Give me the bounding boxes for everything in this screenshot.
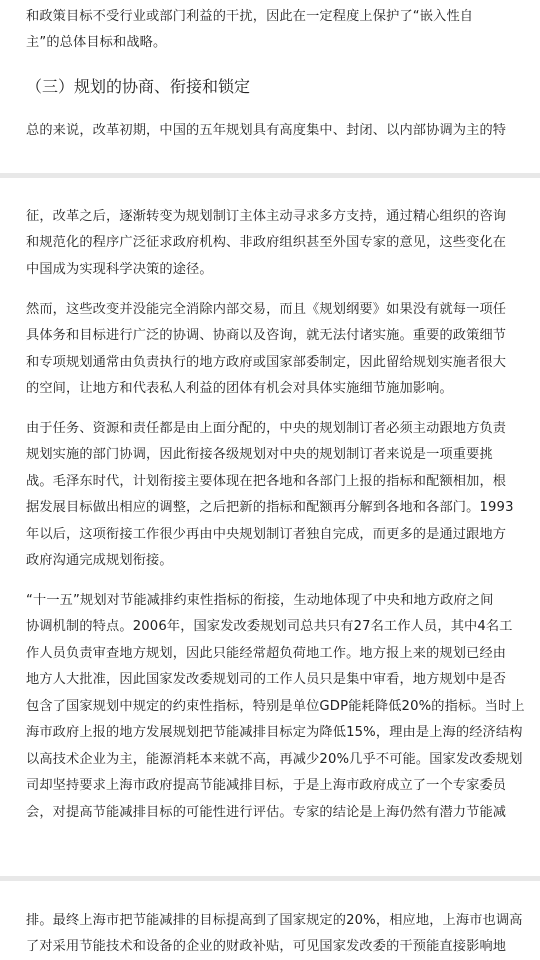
body-text-line: 包含了国家规划中规定的约束性指标，特别是单位GDP能耗降低20%的指标。当时上 xyxy=(26,699,525,715)
body-text-line: 政府沟通完成规划衔接。 xyxy=(26,553,173,569)
body-text-line: 以高技术企业为主，能源消耗本来就不高，再减少20%几乎不可能。国家发改委规划 xyxy=(26,752,523,768)
body-text-line: “十一五”规划对节能减排约束性指标的衔接，生动地体现了中央和地方政府之间 xyxy=(26,593,493,609)
body-text-line: 据发展目标做出相应的调整，之后把新的指标和配额再分解到各地和各部门。1993 xyxy=(26,500,514,516)
body-text-line: 和专项规划通常由负责执行的地方政府或国家部委制定，因此留给规划实施者很大 xyxy=(26,355,506,371)
body-text-line: 总的来说，改革初期，中国的五年规划具有高度集中、封闭、以内部协调为主的特 xyxy=(26,123,506,139)
body-text-line: 协调机制的特点。2006年，国家发改委规划司总共只有27名工作人员，其中4名工 xyxy=(26,619,513,635)
body-text-line: 战。毛泽东时代，计划衔接主要体现在把各地和各部门上报的指标和配额相加，根 xyxy=(26,474,506,490)
body-text-line: 征，改革之后，逐渐转变为规划制订主体主动寻求多方支持，通过精心组织的咨询 xyxy=(26,209,506,225)
body-text-line: 会，对提高节能减排目标的可能性进行评估。专家的结论是上海仍然有潜力节能减 xyxy=(26,805,506,821)
body-text-line: 规划实施的部门协调，因此衔接各级规划对中央的规划制订者来说是一项重要挑 xyxy=(26,447,493,463)
body-text-line: 排。最终上海市把节能减排的目标提高到了国家规定的20%，相应地，上海市也调高 xyxy=(26,913,523,929)
page-2: 征，改革之后，逐渐转变为规划制订主体主动寻求多方支持，通过精心组织的咨询 和规范… xyxy=(0,178,540,876)
body-text-line: 中国成为实现科学决策的途径。 xyxy=(26,262,213,278)
body-text-line: 具体务和目标进行广泛的协调、协商以及咨询，就无法付诸实施。重要的政策细节 xyxy=(26,328,506,344)
body-text-line: 海市政府上报的地方发展规划把节能减排目标定为降低15%，理由是上海的经济结构 xyxy=(26,725,523,741)
body-text-line: 然而，这些改变并没能完全消除内部交易，而且《规划纲要》如果没有就每一项任 xyxy=(26,302,506,318)
body-text-line: 作人员负责审查地方规划，因此只能经常超负荷地工作。地方报上来的规划已经由 xyxy=(26,646,506,662)
body-text-line: 了对采用节能技术和设备的企业的财政补贴，可见国家发改委的干预能直接影响地 xyxy=(26,939,506,955)
body-text-line: 由于任务、资源和责任都是由上面分配的，中央的规划制订者必须主动跟地方负责 xyxy=(26,421,506,437)
section-heading: （三）规划的协商、衔接和锁定 xyxy=(26,77,250,97)
page-1: 和政策目标不受行业或部门利益的干扰，因此在一定程度上保护了“嵌入性自 主”的总体… xyxy=(0,0,540,173)
body-text-line: 和规范化的程序广泛征求政府机构、非政府组织甚至外国专家的意见，这些变化在 xyxy=(26,235,506,251)
page-3: 排。最终上海市把节能减排的目标提高到了国家规定的20%，相应地，上海市也调高 了… xyxy=(0,881,540,960)
body-text-line: 和政策目标不受行业或部门利益的干扰，因此在一定程度上保护了“嵌入性自 xyxy=(26,9,473,25)
body-text-line: 的空间，让地方和代表私人利益的团体有机会对具体实施细节施加影响。 xyxy=(26,381,453,397)
body-text-line: 地方人大批准，因此国家发改委规划司的工作人员只是集中审看，地方规划中是否 xyxy=(26,672,506,688)
body-text-line: 司却坚持要求上海市政府提高节能减排目标，于是上海市政府成立了一个专家委员 xyxy=(26,778,506,794)
body-text-line: 年以后，这项衔接工作很少再由中央规划制订者独自完成，而更多的是通过跟地方 xyxy=(26,527,506,543)
body-text-line: 主”的总体目标和战略。 xyxy=(26,35,166,51)
